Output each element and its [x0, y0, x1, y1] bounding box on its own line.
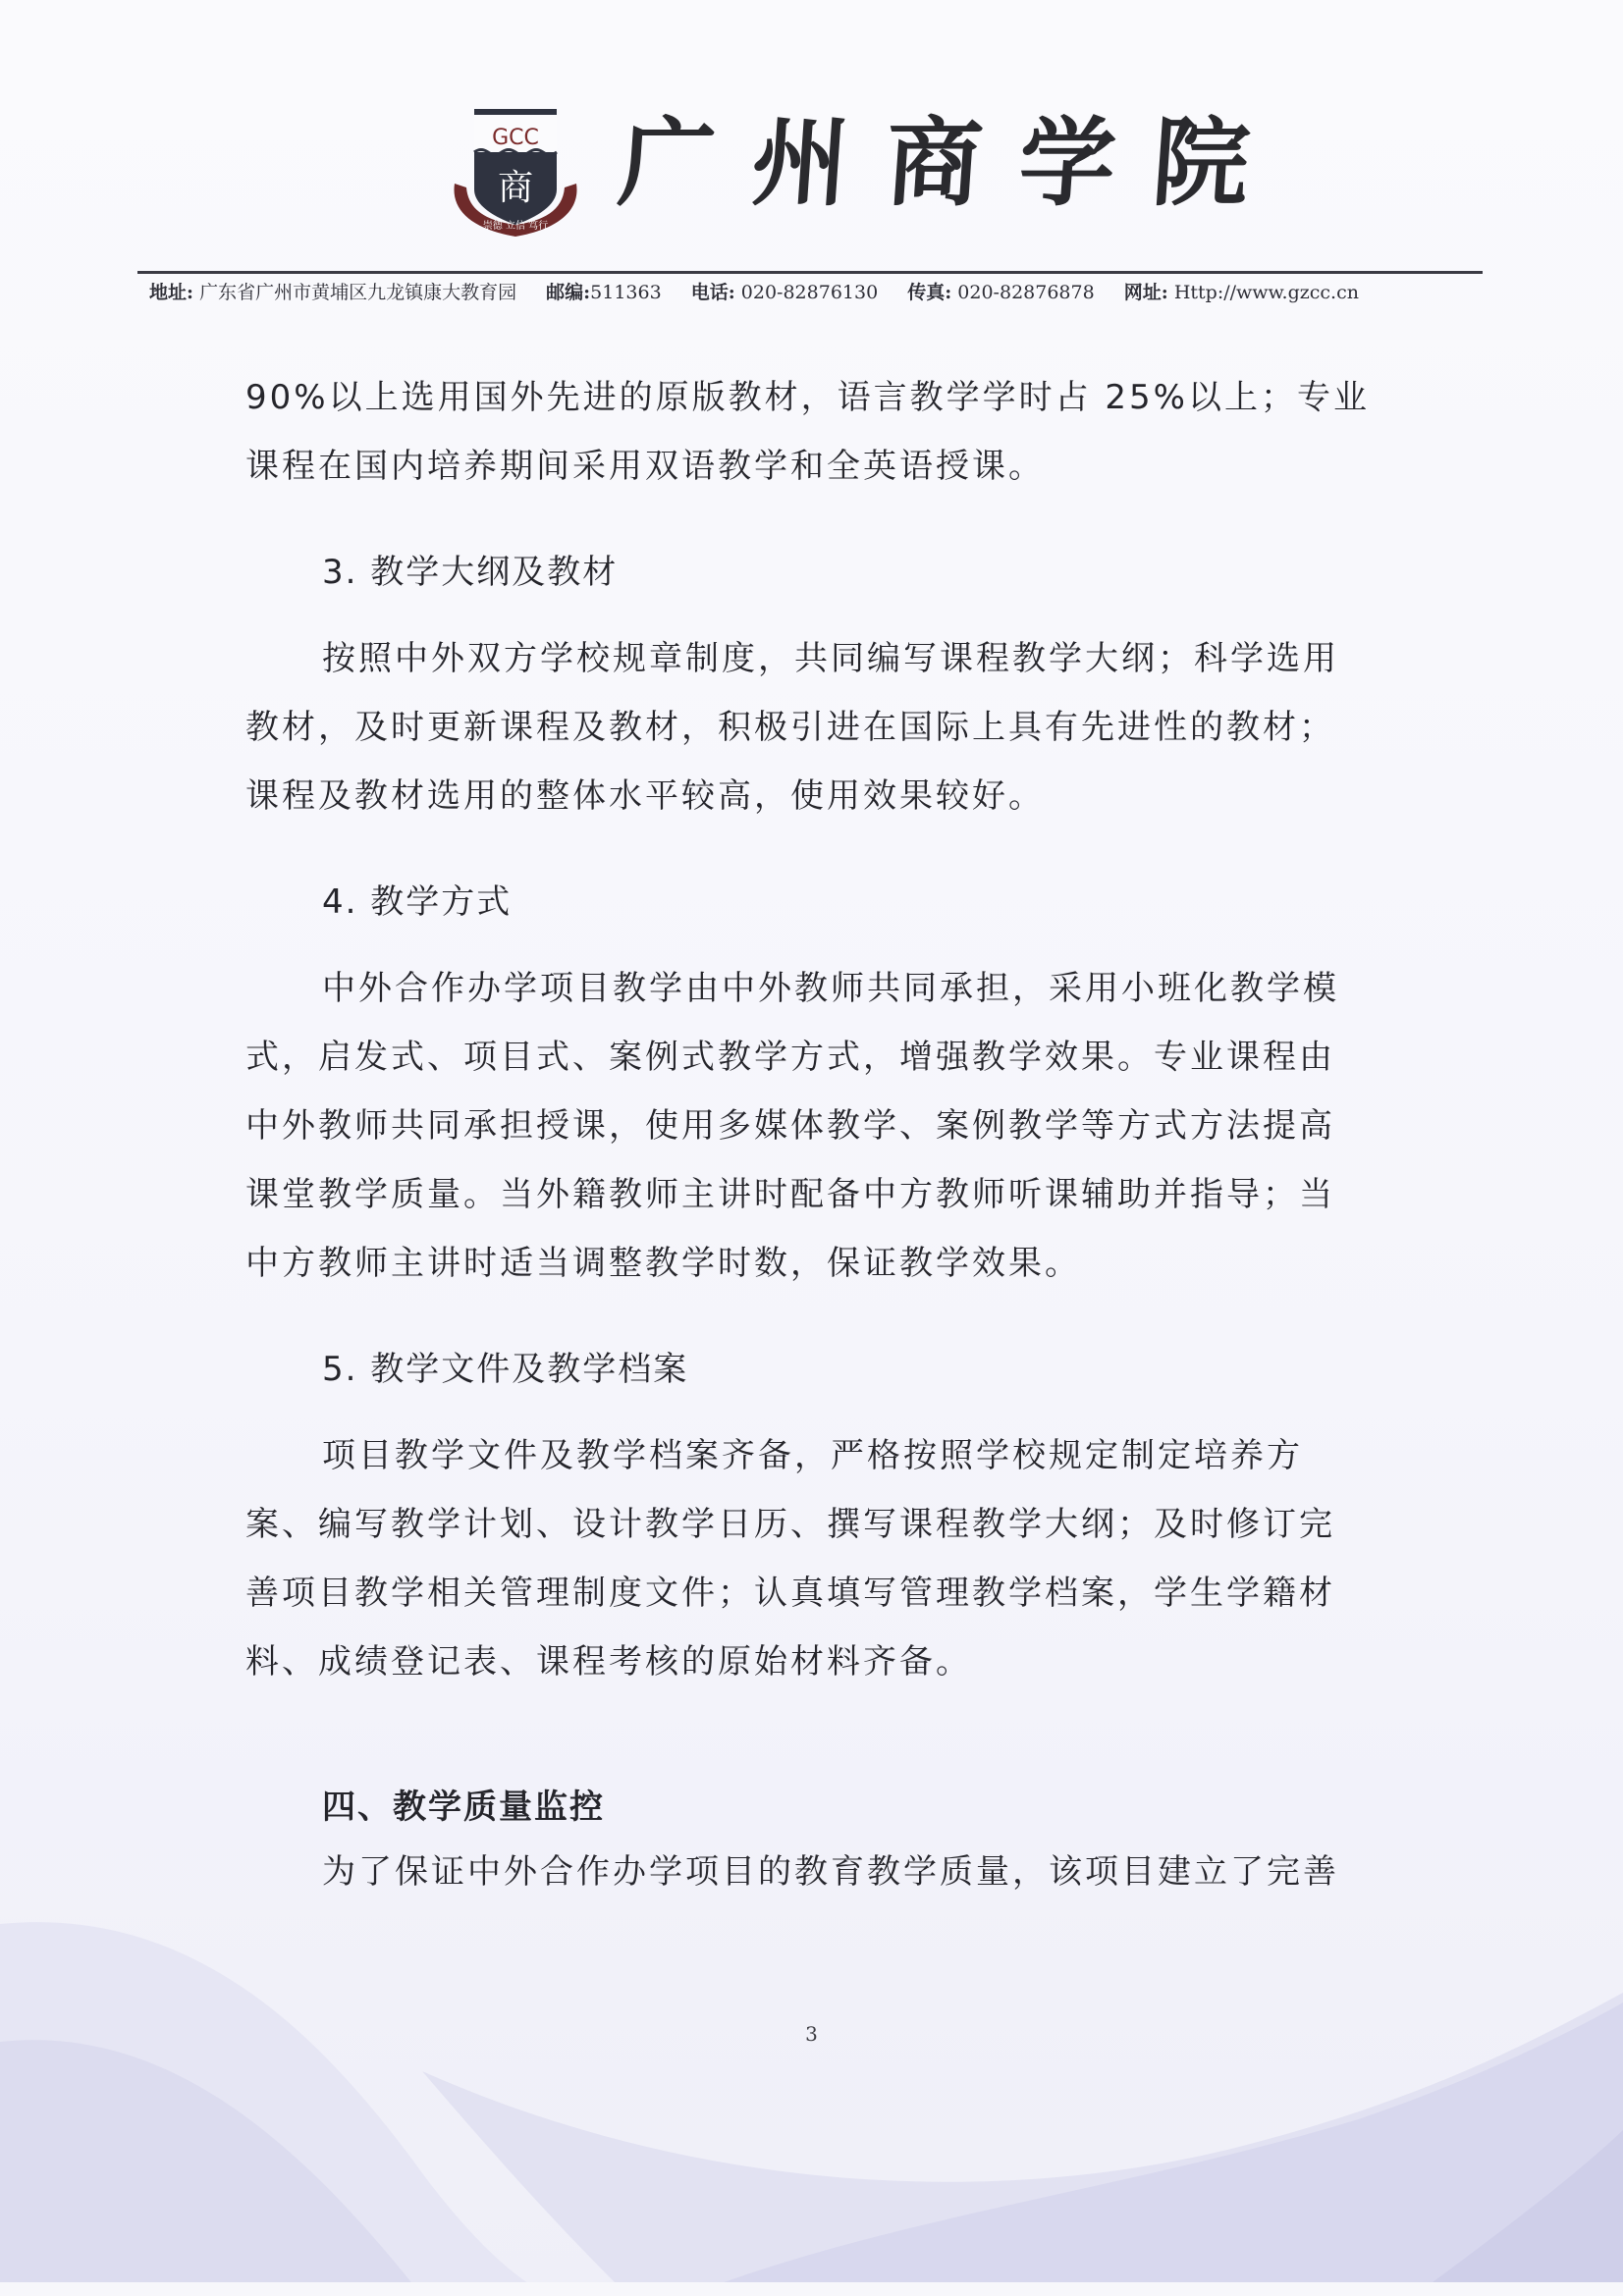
address-label: 地址:: [149, 282, 193, 303]
text-line: 中外合作办学项目教学由中外教师共同承担，采用小班化教学模: [245, 964, 1375, 1013]
postcode-label: 邮编:: [546, 282, 590, 303]
text-line: 教材，及时更新课程及教材，积极引进在国际上具有先进性的教材；: [245, 703, 1375, 752]
phone-label: 电话:: [691, 282, 735, 303]
text-line: 课程及教材选用的整体水平较高，使用效果较好。: [245, 772, 1375, 821]
paragraph-intro: 90%以上选用国外先进的原版教材，语言教学学时占 25%以上；专业 课程在国内培…: [245, 373, 1375, 491]
website-label: 网址:: [1124, 282, 1168, 303]
paragraph-section-5: 项目教学文件及教学档案齐备，严格按照学校规定制定培养方 案、编写教学计划、设计教…: [245, 1431, 1375, 1686]
contact-info: 地址: 广东省广州市黄埔区九龙镇康大教育园 邮编:511363 电话: 020-…: [149, 281, 1494, 304]
text-line: 课堂教学质量。当外籍教师主讲时配备中方教师听课辅助并指导；当: [245, 1170, 1375, 1219]
crest-emblem-glyph: 商: [498, 168, 533, 208]
text-line: 项目教学文件及教学档案齐备，严格按照学校规定制定培养方: [245, 1431, 1375, 1480]
text-line: 料、成绩登记表、课程考核的原始材料齐备。: [245, 1637, 1375, 1686]
subsection-heading-4: 4. 教学方式: [322, 878, 1375, 927]
subsection-heading-3: 3. 教学大纲及教材: [322, 548, 1375, 597]
text-line: 中外教师共同承担授课，使用多媒体教学、案例教学等方式方法提高: [245, 1101, 1375, 1150]
crest-badge-text: GCC: [492, 126, 539, 150]
text-line: 90%以上选用国外先进的原版教材，语言教学学时占 25%以上；专业: [245, 373, 1375, 422]
chapter-heading-4: 四、教学质量监控: [322, 1783, 1375, 1832]
paragraph-section-4: 中外合作办学项目教学由中外教师共同承担，采用小班化教学模 式，启发式、项目式、案…: [245, 964, 1375, 1288]
document-body: 90%以上选用国外先进的原版教材，语言教学学时占 25%以上；专业 课程在国内培…: [245, 373, 1375, 1916]
paragraph-section-3: 按照中外双方学校规章制度，共同编写课程教学大纲；科学选用 教材，及时更新课程及教…: [245, 634, 1375, 821]
address-value: 广东省广州市黄埔区九龙镇康大教育园: [199, 282, 516, 303]
page-number: 3: [0, 2022, 1623, 2046]
text-line: 课程在国内培养期间采用双语教学和全英语授课。: [245, 442, 1375, 491]
text-line: 善项目教学相关管理制度文件；认真填写管理教学档案，学生学籍材: [245, 1569, 1375, 1618]
header-divider: [137, 271, 1483, 274]
college-crest-logo: GCC 商 崇德 立信 笃行: [447, 103, 584, 240]
crest-motto: 崇德 立信 笃行: [483, 219, 548, 232]
text-line: 为了保证中外合作办学项目的教育教学质量，该项目建立了完善: [245, 1847, 1375, 1896]
phone-value: 020-82876130: [741, 282, 878, 303]
text-line: 按照中外双方学校规章制度，共同编写课程教学大纲；科学选用: [245, 634, 1375, 683]
text-line: 案、编写教学计划、设计教学日历、撰写课程教学大纲；及时修订完: [245, 1500, 1375, 1549]
fax-label: 传真:: [907, 282, 951, 303]
subsection-heading-5: 5. 教学文件及教学档案: [322, 1345, 1375, 1394]
decorative-wave-background: [0, 1865, 1623, 2296]
paragraph-chapter-4: 为了保证中外合作办学项目的教育教学质量，该项目建立了完善: [245, 1847, 1375, 1896]
fax-value: 020-82876878: [957, 282, 1094, 303]
letterhead: GCC 商 崇德 立信 笃行 广州商学院 地址: 广东省广州市黄埔区九龙镇康大教…: [0, 0, 1623, 324]
text-line: 中方教师主讲时适当调整教学时数，保证教学效果。: [245, 1239, 1375, 1288]
college-name: 广州商学院: [616, 116, 1290, 212]
website-value: Http://www.gzcc.cn: [1174, 282, 1359, 303]
text-line: 式，启发式、项目式、案例式教学方式，增强教学效果。专业课程由: [245, 1033, 1375, 1082]
postcode-value: 511363: [590, 282, 662, 303]
